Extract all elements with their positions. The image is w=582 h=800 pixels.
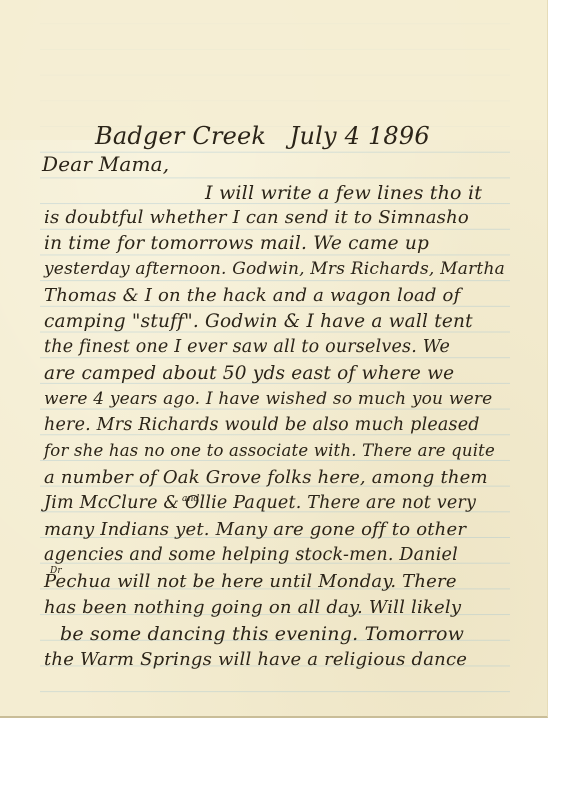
letter-line: are camped about 50 yds east of where we [44,363,454,384]
letter-line: Thomas & I on the hack and a wagon load … [44,285,460,306]
letter-line: here. Mrs Richards would be also much pl… [44,415,480,435]
letter-line: has been nothing going on all day. Will … [44,597,461,618]
letter-line: many Indians yet. Many are gone off to o… [44,519,466,540]
interlinear-note: and [182,494,200,504]
salutation: Dear Mama, [42,152,169,176]
letter-line: a number of Oak Grove folks here, among … [44,467,488,488]
letter-page: Badger Creek July 4 1896 Dear Mama, I wi… [0,0,548,718]
heading-place: Badger Creek [95,122,266,150]
heading-date: July 4 1896 [290,122,430,150]
letter-line: Pechua will not be here until Monday. Th… [44,571,457,592]
letter-line: were 4 years ago. I have wished so much … [44,389,492,409]
letter-line: for she has no one to associate with. Th… [44,441,495,460]
letter-line: camping "stuff". Godwin & I have a wall … [44,311,473,332]
letter-line: the Warm Springs will have a religious d… [44,649,467,670]
letter-heading: Badger Creek July 4 1896 [95,122,430,150]
letter-line: yesterday afternoon. Godwin, Mrs Richard… [44,259,505,279]
interlinear-note: Dr [50,566,62,576]
letter-line: agencies and some helping stock-men. Dan… [44,545,458,565]
letter-line: Jim McClure & Ollie Paquet. There are no… [44,493,476,513]
letter-line: be some dancing this evening. Tomorrow [60,623,464,645]
top-margin [0,0,547,140]
letter-line: the finest one I ever saw all to ourselv… [44,337,450,357]
letter-line: I will write a few lines tho it [205,182,482,204]
letter-line: in time for tomorrows mail. We came up [44,233,429,254]
letter-line: is doubtful whether I can send it to Sim… [44,207,469,228]
